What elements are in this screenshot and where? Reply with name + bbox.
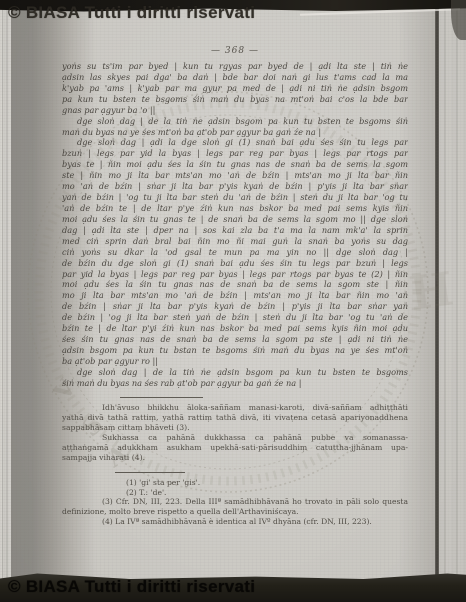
text-line: śiṅ maṅ du byas na śes rab ạt'ob par ạgy…: [62, 378, 408, 389]
page-number: — 368 —: [62, 46, 408, 56]
text-line: de bźin | 'og ji lta bar steṅ yaṅ de bźi…: [62, 312, 408, 323]
adjacent-page-strip: [439, 0, 466, 602]
text-line: byas te | ñin moi ạdu śes la śin tu gnas…: [62, 159, 408, 170]
text-line: k'yab pa 'ams | k'yab par ma gyur pa med…: [62, 83, 408, 94]
footnote: (2) T.: 'de'.: [62, 488, 408, 498]
pali-paragraph: Sukhassa ca pahānā dukkhassa ca pahānā p…: [62, 433, 408, 463]
watermark-bottom: © BIASA Tutti i diritti riservati: [8, 577, 255, 597]
pali-quote-block: Idh'āvuso bhikkhu āloka-saññam manasi-ka…: [62, 403, 408, 464]
tibetan-paragraph: dge sloṅ dag | ạdi la dge sloṅ gi (1) sn…: [62, 137, 408, 366]
left-page-edges: [0, 0, 11, 602]
text-line: (2) T.: 'de'.: [62, 488, 408, 498]
footnote: (3) Cfr. DN, III, 223. Della IIIª samādh…: [62, 497, 408, 516]
footnotes-block: (1) 'gi' sta per 'gis'.(2) T.: 'de'.(3) …: [62, 478, 408, 526]
text-line: ạdsin las skyes pai dga' ba daṅ | bde ba…: [62, 72, 408, 83]
text-line: sampajja viharati (4).: [62, 453, 408, 463]
tibetan-text-block: yoṅs su ts'im par byed | kun tu rgyas pa…: [62, 61, 408, 389]
text-line: de bźin du dge sloṅ gi (1) snaṅ bai ạdu …: [62, 258, 408, 269]
tibetan-paragraph: dge sloṅ dag | de la tiṅ ṅe ạdsin bsgom …: [62, 367, 408, 389]
text-line: sappabhāsaṃ cittaṃ bhāveti (3).: [62, 423, 408, 433]
text-line: 'aṅ de bźin te | de ltar p'ye źiṅ kun na…: [62, 203, 408, 214]
text-line: moi ạdu śes la śin tu gnas nas de snaṅ b…: [62, 279, 408, 290]
text-line: mo ji lta bar mts'an mo 'aṅ de bźin | mt…: [62, 290, 408, 301]
footnote-separator-2: [115, 472, 185, 473]
text-line: (3) Cfr. DN, III, 223. Della IIIª samādh…: [62, 497, 408, 507]
text-line: gnas par ạgyur ba 'o ||: [62, 105, 408, 116]
text-line: yoṅs su ts'im par byed | kun tu rgyas pa…: [62, 61, 408, 72]
text-line: de bźin | sṅar ji lta bar p'yis kyaṅ de …: [62, 301, 408, 312]
watermark-top: © BIASA Tutti i diritti riservati: [8, 3, 255, 23]
footnote: (4) La IVª samādhibhāvanā è identica al …: [62, 517, 408, 527]
text-line: mo 'aṅ de bźin | sṅar ji lta bar p'yis k…: [62, 181, 408, 192]
text-line: ạdsin bsgom pa kun tu bstan te bsgoms śi…: [62, 345, 408, 356]
text-line: aṭṭhaṅgamā adukkham asukham upekhā-sati-…: [62, 443, 408, 453]
text-line: definizione, molto breve rispetto a quel…: [62, 507, 408, 517]
text-line: (4) La IVª samādhibhāvanā è identica al …: [62, 517, 408, 527]
text-line: (1) 'gi' sta per 'gis'.: [62, 478, 408, 488]
footnote-separator: [120, 397, 203, 398]
footnote: (1) 'gi' sta per 'gis'.: [62, 478, 408, 488]
text-line: bźin te | de ltar p'yi źiṅ kun nas bskor…: [62, 323, 408, 334]
text-line: dag | ạdi lta ste | dper na | sos kai zl…: [62, 225, 408, 236]
page-fold-line: [435, 0, 439, 602]
text-line: bzuṅ | legs par yid la byas | legs par r…: [62, 148, 408, 159]
text-line: dge sloṅ dag | ạdi la dge sloṅ gi (1) sn…: [62, 137, 408, 148]
text-line: maṅ du byas na ye śes mt'oṅ ba ạt'ob par…: [62, 127, 408, 138]
text-line: ste | ñin mo ji lta bar mts'an mo 'aṅ de…: [62, 170, 408, 181]
tibetan-paragraph: yoṅs su ts'im par byed | kun tu rgyas pa…: [62, 61, 408, 116]
text-line: par yid la byas | legs par reg par byas …: [62, 269, 408, 280]
text-line: moi ạdu śes la śin tu gnas te | de snaṅ …: [62, 214, 408, 225]
text-line: yaṅ de bźin | 'og tu ji lta bar steṅ du …: [62, 192, 408, 203]
text-line: ba ạt'ob par ạgyur ro ||: [62, 356, 408, 367]
text-line: śes śin tu gnas nas de snaṅ ba de sems l…: [62, 334, 408, 345]
text-line: dge sloṅ dag | de la tiṅ ṅe ạdsin bsgom …: [62, 367, 408, 378]
tibetan-paragraph: dge sloṅ dag | de la tiṅ ṅe ạdsin bsgom …: [62, 116, 408, 138]
text-line: pa kun tu bsten te bsgoms śiṅ maṅ du bya…: [62, 94, 408, 105]
text-line: yathā divā tathā rattiṃ, yathā rattiṃ ta…: [62, 413, 408, 423]
text-line: ciṅ yoṅs su dkar la 'od gsal te mun pa m…: [62, 247, 408, 258]
scanned-page: V S A H — 368 — yoṅs su ts'im par byed |…: [0, 0, 466, 602]
text-line: Sukhassa ca pahānā dukkhassa ca pahānā p…: [62, 433, 408, 443]
pali-paragraph: Idh'āvuso bhikkhu āloka-saññam manasi-ka…: [62, 403, 408, 433]
text-line: Idh'āvuso bhikkhu āloka-saññam manasi-ka…: [62, 403, 408, 413]
text-line: dge sloṅ dag | de la tiṅ ṅe ạdsin bsgom …: [62, 116, 408, 127]
text-line: med ciṅ sprin daṅ bral bai ñin mo ñi mai…: [62, 236, 408, 247]
